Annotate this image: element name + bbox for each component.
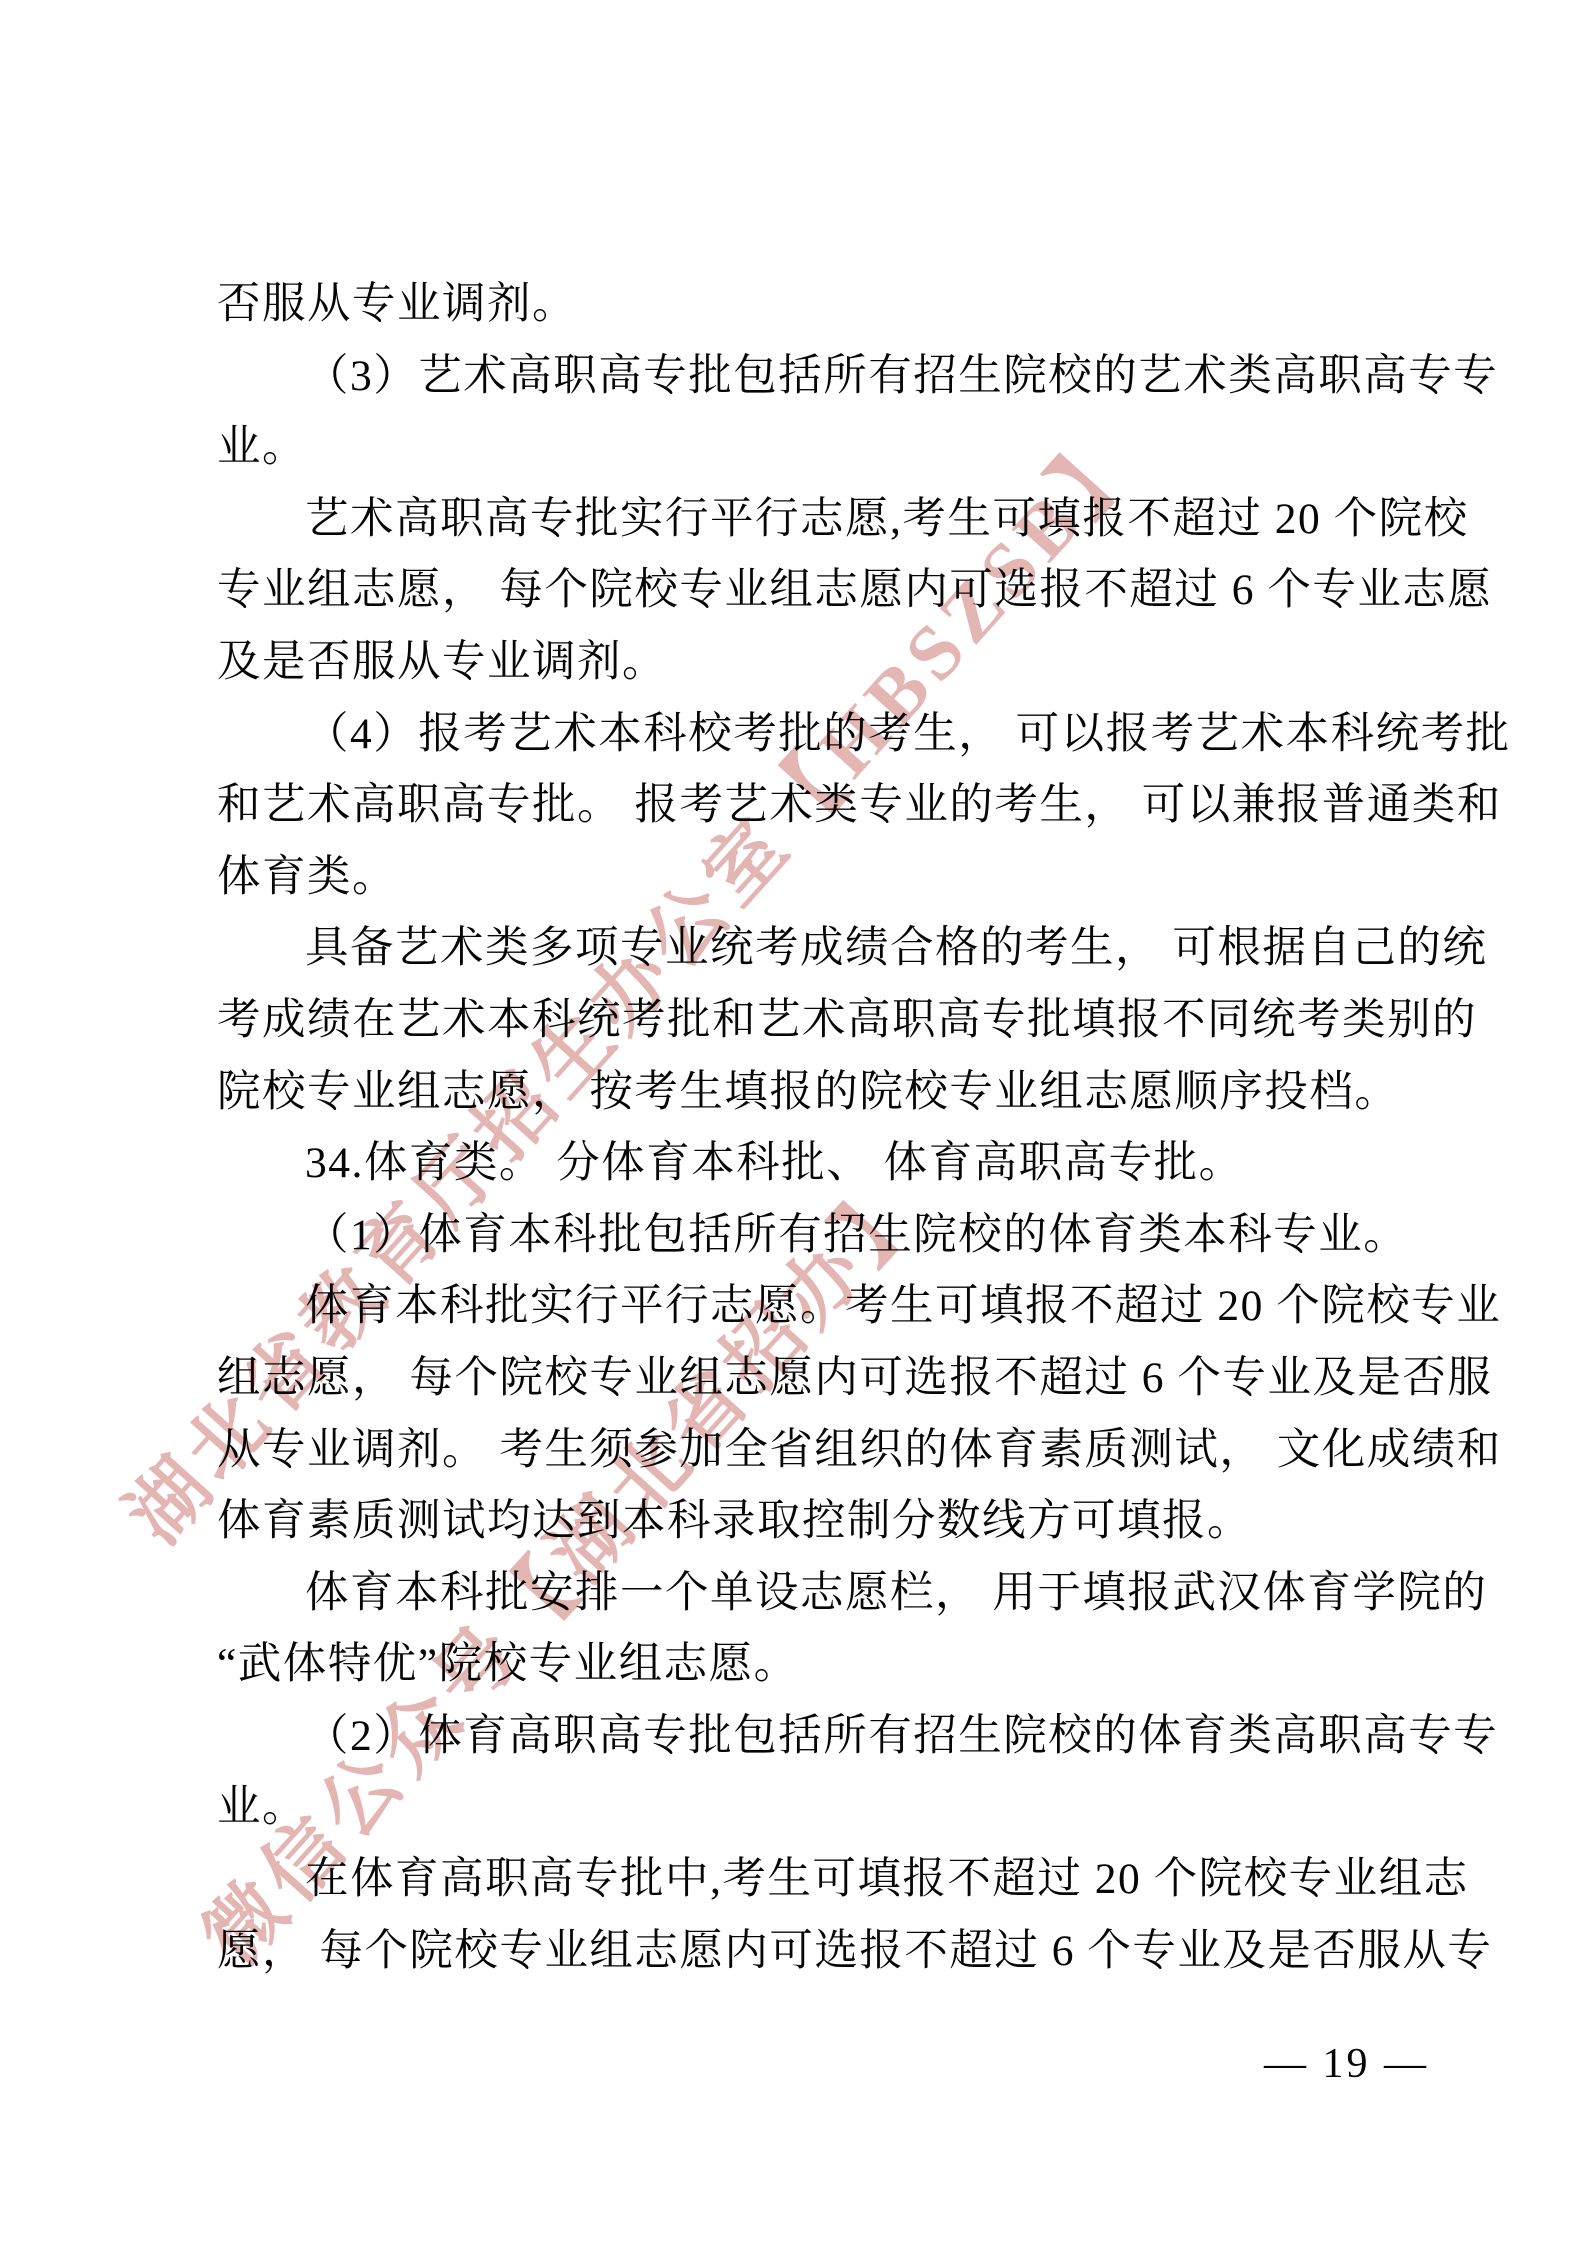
text-line: 否服从专业调剂。 xyxy=(217,269,1462,341)
text-line: （1）体育本科批包括所有招生院校的体育类本科专业。 xyxy=(217,1200,1462,1272)
text-line: 考成绩在艺术本科统考批和艺术高职高专批填报不同统考类别的 xyxy=(217,985,1462,1057)
text-line: 组志愿， 每个院校专业组志愿内可选报不超过 6 个专业及是否服 xyxy=(217,1343,1462,1415)
text-line: 愿， 每个院校专业组志愿内可选报不超过 6 个专业及是否服从专 xyxy=(217,1916,1462,1988)
text-line: 艺术高职高专批实行平行志愿,考生可填报不超过 20 个院校 xyxy=(217,484,1462,556)
body-text-block: 否服从专业调剂。（3）艺术高职高专批包括所有招生院校的艺术类高职高专专业。艺术高… xyxy=(217,269,1462,1987)
text-line: 及是否服从专业调剂。 xyxy=(217,627,1462,699)
document-page: 湖北省教育厅招生办公室【HBSZSB】 微信公众号【湖北省招办】 否服从专业调剂… xyxy=(0,0,1587,2245)
text-line: 业。 xyxy=(217,412,1462,484)
text-line: 专业组志愿， 每个院校专业组志愿内可选报不超过 6 个专业志愿 xyxy=(217,555,1462,627)
text-line: 体育类。 xyxy=(217,842,1462,914)
text-line: 34.体育类。 分体育本科批、 体育高职高专批。 xyxy=(217,1128,1462,1200)
text-line: “武体特优”院校专业组志愿。 xyxy=(217,1629,1462,1701)
text-line: （3）艺术高职高专批包括所有招生院校的艺术类高职高专专 xyxy=(217,341,1462,413)
text-line: （2）体育高职高专批包括所有招生院校的体育类高职高专专 xyxy=(217,1701,1462,1773)
text-line: 院校专业组志愿， 按考生填报的院校专业组志愿顺序投档。 xyxy=(217,1057,1462,1129)
text-line: 和艺术高职高专批。 报考艺术类专业的考生， 可以兼报普通类和 xyxy=(217,770,1462,842)
text-line: 在体育高职高专批中,考生可填报不超过 20 个院校专业组志 xyxy=(217,1844,1462,1916)
text-line: （4）报考艺术本科校考批的考生， 可以报考艺术本科统考批 xyxy=(217,699,1462,771)
text-line: 具备艺术类多项专业统考成绩合格的考生， 可根据自己的统 xyxy=(217,913,1462,985)
text-line: 体育素质测试均达到本科录取控制分数线方可填报。 xyxy=(217,1486,1462,1558)
text-line: 体育本科批实行平行志愿。考生可填报不超过 20 个院校专业 xyxy=(217,1271,1462,1343)
text-line: 从专业调剂。 考生须参加全省组织的体育素质测试， 文化成绩和 xyxy=(217,1415,1462,1487)
page-number: — 19 — xyxy=(1264,2040,1429,2088)
text-line: 体育本科批安排一个单设志愿栏， 用于填报武汉体育学院的 xyxy=(217,1558,1462,1630)
text-line: 业。 xyxy=(217,1772,1462,1844)
